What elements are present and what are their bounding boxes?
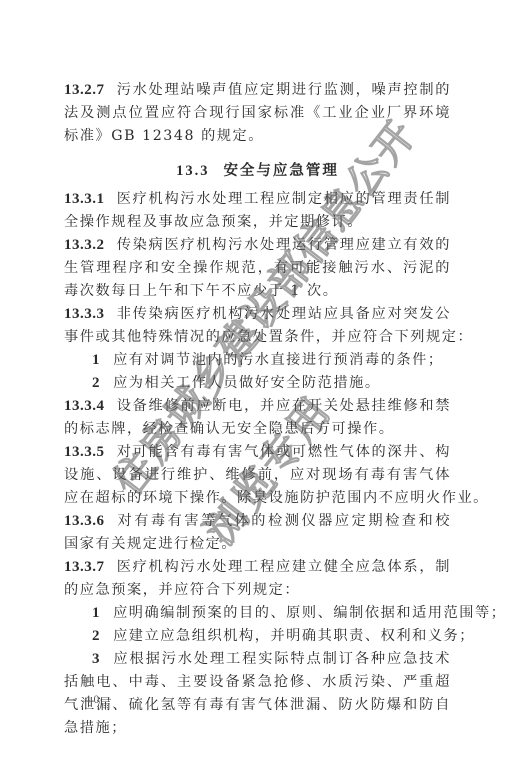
list-item-number: 1 [92, 352, 101, 368]
clause-13-3-7: 13.3.7医疗机构污水处理工程应建立健全应急体系，制订相应 的应急预案，并应符… [64, 556, 451, 740]
clause-text: 法及测点位置应符合现行国家标准《工业企业厂界环境噪声排放 [64, 102, 451, 125]
list-item-continuation: 急措施； [64, 717, 451, 740]
clause-number: 13.3.5 [64, 444, 105, 460]
document-page: 13.2.7污水处理站噪声值应定期进行监测，噪声控制的测量方 法及测点位置应符合… [64, 79, 451, 740]
clause-13-3-2: 13.3.2传染病医疗机构污水处理运行管理应建立有效的职业卫 生管理程序和安全操… [64, 234, 451, 303]
clause-number: 13.3.7 [64, 559, 105, 575]
clause-number: 13.3.2 [64, 237, 105, 253]
clause-text: 传染病医疗机构污水处理运行管理应建立有效的职业卫 [64, 237, 451, 257]
list-item-text: 应建立应急组织机构，并明确其职责、权利和义务； [113, 628, 475, 644]
clause-text: 标准》GB 12348 的规定。 [64, 125, 451, 148]
clause-text: 对有毒有害等气体的检测仪器应定期检查和校验，并按 [64, 513, 451, 533]
clause-number: 13.3.4 [64, 398, 105, 414]
clause-text: 毒次数每日上午和下午不应少于 1 次。 [64, 280, 451, 303]
clause-13-3-5: 13.3.5对可能含有毒有害气体或可燃性气体的深井、构筑物等 设施、设备进行维护… [64, 441, 451, 510]
list-item-number: 1 [92, 605, 101, 621]
clause-text: 医疗机构污水处理工程应制定相应的管理责任制度、安 [64, 191, 451, 211]
clause-number: 13.3.1 [64, 191, 105, 207]
clause-text: 全操作规程及事故应急预案，并定期修订。 [64, 211, 451, 234]
list-item: 2应为相关工作人员做好安全防范措施。 [64, 372, 451, 395]
list-item-number: 2 [92, 375, 101, 391]
list-item: 2应建立应急组织机构，并明确其职责、权利和义务； [64, 625, 451, 648]
clause-text: 对可能含有毒有害气体或可燃性气体的深井、构筑物等 [64, 444, 451, 464]
clause-text: 设备维修前应断电，并应在开关处悬挂维修和禁止合闸 [64, 398, 451, 418]
clause-text: 设施、设备进行维护、维修前，应对现场有毒有害气体进行检测，不 [64, 464, 451, 487]
list-item: 1应明确编制预案的目的、原则、编制依据和适用范围等； [64, 602, 451, 625]
list-item-number: 3 [92, 651, 101, 667]
clause-text: 国家有关规定进行检定。 [64, 533, 451, 556]
list-item: 3应根据污水处理工程实际特点制订各种应急技术措施，包 [64, 648, 451, 671]
list-item-text: 应为相关工作人员做好安全防范措施。 [113, 375, 381, 391]
clause-13-3-6: 13.3.6对有毒有害等气体的检测仪器应定期检查和校验，并按 国家有关规定进行检… [64, 510, 451, 556]
section-title: 安全与应急管理 [223, 162, 339, 179]
clause-text: 污水处理站噪声值应定期进行监测，噪声控制的测量方 [64, 82, 451, 102]
clause-text: 的标志牌，经检查确认无安全隐患后方可操作。 [64, 418, 451, 441]
list-item-text: 应根据污水处理工程实际特点制订各种应急技术措施，包 [92, 651, 451, 671]
list-item-continuation: 气泄漏、硫化氢等有毒有害气体泄漏、防火防爆和防自然灾害等应 [64, 694, 451, 717]
clause-13-3-1: 13.3.1医疗机构污水处理工程应制定相应的管理责任制度、安 全操作规程及事故应… [64, 188, 451, 234]
list-item-text: 应有对调节池内的污水直接进行预消毒的条件； [113, 352, 444, 368]
clause-text: 生管理程序和安全操作规范，有可能接触污水、污泥的生产区域消 [64, 257, 451, 280]
clause-number: 13.3.3 [64, 306, 105, 322]
list-item-text: 应明确编制预案的目的、原则、编制依据和适用范围等； [113, 605, 506, 621]
section-number: 13.3 [176, 163, 209, 179]
clause-13-3-4: 13.3.4设备维修前应断电，并应在开关处悬挂维修和禁止合闸 的标志牌，经检查确… [64, 395, 451, 441]
clause-text: 的应急预案，并应符合下列规定： [64, 579, 451, 602]
section-heading: 13.3安全与应急管理 [64, 154, 451, 188]
list-item: 1应有对调节池内的污水直接进行预消毒的条件； [64, 349, 451, 372]
clause-text: 医疗机构污水处理工程应建立健全应急体系，制订相应 [64, 559, 451, 579]
clause-13-2-7: 13.2.7污水处理站噪声值应定期进行监测，噪声控制的测量方 法及测点位置应符合… [64, 79, 451, 148]
clause-number: 13.3.6 [64, 513, 105, 529]
list-item-number: 2 [92, 628, 101, 644]
page-number: · 40 · [72, 694, 115, 706]
list-item-continuation: 括触电、中毒、主要设备紧急抢修、水质污染、严重超负荷运行、氯 [64, 671, 451, 694]
clause-number: 13.2.7 [64, 82, 105, 98]
clause-text: 非传染病医疗机构污水处理站应具备应对突发公共卫生 [64, 306, 451, 326]
clause-text: 事件或其他特殊情况的应急处置条件，并应符合下列规定： [64, 326, 451, 349]
clause-text: 应在超标的环境下操作。除臭设施防护范围内不应明火作业。 [64, 487, 451, 510]
clause-13-3-3: 13.3.3非传染病医疗机构污水处理站应具备应对突发公共卫生 事件或其他特殊情况… [64, 303, 451, 395]
